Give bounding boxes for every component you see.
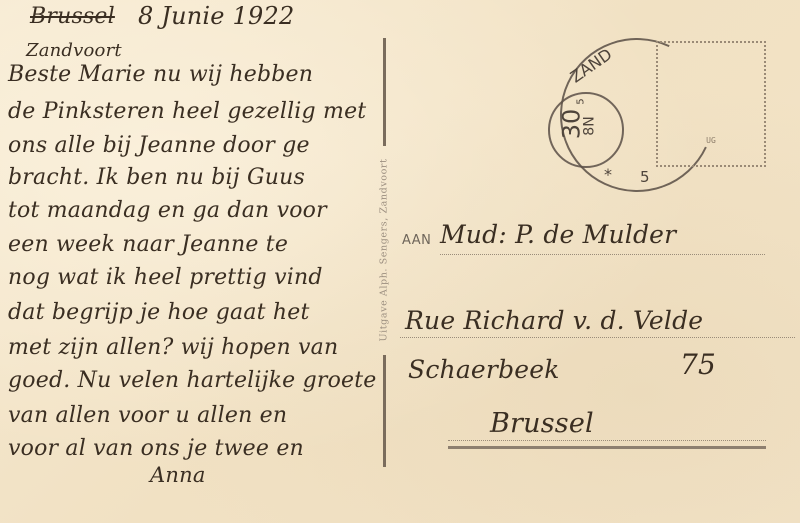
message-line: een week naar Jeanne te xyxy=(8,232,288,257)
message-line: bracht. Ik ben nu bij Guus xyxy=(8,165,305,190)
postcard: Brussel 8 Junie 1922 Zandvoort Beste Mar… xyxy=(0,0,800,523)
divider-bottom xyxy=(383,355,386,467)
address-line-3 xyxy=(448,440,766,441)
message-line: voor al van ons je twee en xyxy=(8,436,304,461)
stamp-placeholder: UG xyxy=(656,41,766,167)
address-line-2 xyxy=(400,337,795,338)
message-line: goed. Nu velen hartelijke groete xyxy=(8,368,377,393)
message-line: ons alle bij Jeanne door ge xyxy=(8,133,310,158)
message-date: 8 Junie 1922 xyxy=(138,2,294,30)
stamp-code: UG xyxy=(706,136,716,145)
message-place: Zandvoort xyxy=(26,40,122,61)
postmark-time: 8N xyxy=(582,116,598,135)
postmark-star-icon: * xyxy=(604,165,612,184)
message-line: nog wat ik heel prettig vind xyxy=(8,265,323,290)
publisher-imprint: Uitgave Alph. Sengers, Zandvoort xyxy=(379,159,390,342)
message-line: van allen voor u allen en xyxy=(8,403,287,428)
message-line: Beste Marie nu wij hebben xyxy=(8,62,313,87)
address-house-number: 75 xyxy=(680,348,716,381)
message-line: met zijn allen? wij hopen van xyxy=(8,335,338,360)
address-line-1 xyxy=(440,254,765,255)
address-city: Brussel xyxy=(490,408,594,439)
address-underline xyxy=(448,446,766,449)
crossed-out-place: Brussel xyxy=(30,4,115,29)
postmark-number: 5 xyxy=(640,168,650,186)
postmark-date-fragment: 5 xyxy=(576,98,587,104)
message-line: de Pinksteren heel gezellig met xyxy=(8,99,366,124)
address-recipient: Mud: P. de Mulder xyxy=(440,220,676,249)
message-line: tot maandag en ga dan voor xyxy=(8,198,327,223)
address-district: Schaerbeek xyxy=(408,355,560,384)
divider-top xyxy=(383,38,386,146)
address-prefix: AAN xyxy=(402,233,431,248)
message-line: dat begrijp je hoe gaat het xyxy=(8,300,310,325)
signature: Anna xyxy=(150,463,206,487)
address-street: Rue Richard v. d. Velde xyxy=(405,306,703,335)
